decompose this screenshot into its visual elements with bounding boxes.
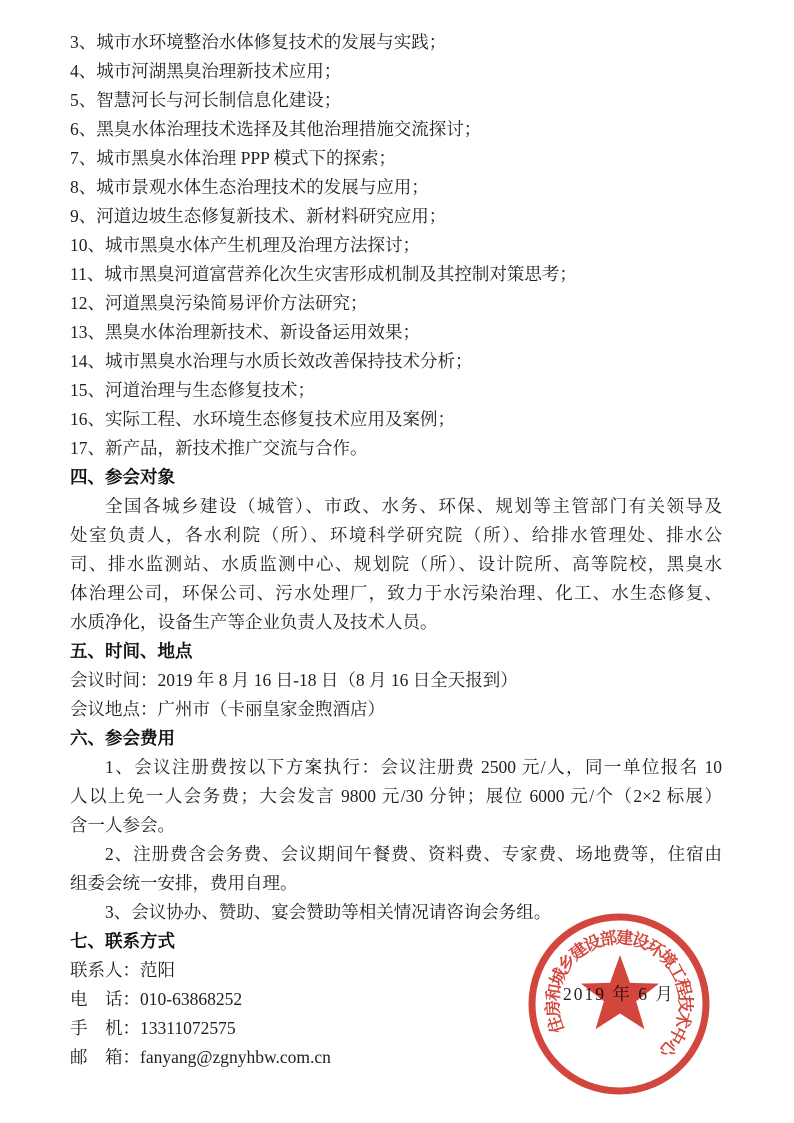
topic-item: 15、河道治理与生态修复技术； bbox=[70, 376, 722, 405]
paragraph-line: 司、排水监测站、水质监测中心、规划院（所）、设计院所、高等院校，黑臭水 bbox=[70, 550, 722, 579]
contact-value: fanyang@zgnyhbw.com.cn bbox=[140, 1047, 331, 1067]
topic-item: 5、智慧河长与河长制信息化建设； bbox=[70, 86, 722, 115]
contact-row: 手 机：13311072575 bbox=[70, 1014, 722, 1043]
paragraph-line: 2、注册费含会务费、会议期间午餐费、资料费、专家费、场地费等，住宿由 bbox=[70, 840, 722, 869]
fees-paragraph-3: 3、会议协办、赞助、宴会赞助等相关情况请咨询会务组。 bbox=[70, 898, 722, 927]
section-heading-participants: 四、参会对象 bbox=[70, 463, 722, 492]
topic-item: 8、城市景观水体生态治理技术的发展与应用； bbox=[70, 173, 722, 202]
paragraph-line: 3、会议协办、赞助、宴会赞助等相关情况请咨询会务组。 bbox=[70, 898, 722, 927]
topic-list: 3、城市水环境整治水体修复技术的发展与实践；4、城市河湖黑臭治理新技术应用；5、… bbox=[70, 28, 722, 463]
issue-date: 2019 年 6 月 bbox=[563, 981, 675, 1006]
section-heading-fees: 六、参会费用 bbox=[70, 724, 722, 753]
contact-label: 电 话： bbox=[70, 989, 140, 1009]
fees-paragraph-2: 2、注册费含会务费、会议期间午餐费、资料费、专家费、场地费等，住宿由组委会统一安… bbox=[70, 840, 722, 898]
contact-row: 邮 箱：fanyang@zgnyhbw.com.cn bbox=[70, 1043, 722, 1072]
paragraph-line: 组委会统一安排，费用自理。 bbox=[70, 869, 722, 898]
contact-value: 范阳 bbox=[140, 960, 175, 980]
paragraph-line: 水质净化，设备生产等企业负责人及技术人员。 bbox=[70, 608, 722, 637]
topic-item: 9、河道边坡生态修复新技术、新材料研究应用； bbox=[70, 202, 722, 231]
contact-label: 手 机： bbox=[70, 1018, 140, 1038]
topic-item: 12、河道黑臭污染简易评价方法研究； bbox=[70, 289, 722, 318]
contact-label: 联系人： bbox=[70, 960, 140, 980]
section-heading-contact: 七、联系方式 bbox=[70, 927, 722, 956]
topic-item: 14、城市黑臭水治理与水质长效改善保持技术分析； bbox=[70, 347, 722, 376]
document-content: 3、城市水环境整治水体修复技术的发展与实践；4、城市河湖黑臭治理新技术应用；5、… bbox=[70, 28, 722, 1072]
paragraph-line: 全国各城乡建设（城管）、市政、水务、环保、规划等主管部门有关领导及 bbox=[70, 492, 722, 521]
topic-item: 7、城市黑臭水体治理 PPP 模式下的探索； bbox=[70, 144, 722, 173]
paragraph-line: 处室负责人，各水利院（所）、环境科学研究院（所）、给排水管理处、排水公 bbox=[70, 521, 722, 550]
topic-item: 6、黑臭水体治理技术选择及其他治理措施交流探讨； bbox=[70, 115, 722, 144]
fees-paragraph-1: 1、会议注册费按以下方案执行：会议注册费 2500 元/人，同一单位报名 10人… bbox=[70, 753, 722, 840]
paragraph-line: 1、会议注册费按以下方案执行：会议注册费 2500 元/人，同一单位报名 10 bbox=[70, 753, 722, 782]
paragraph-line: 体治理公司，环保公司、污水处理厂，致力于水污染治理、化工、水生态修复、 bbox=[70, 579, 722, 608]
topic-item: 4、城市河湖黑臭治理新技术应用； bbox=[70, 57, 722, 86]
topic-item: 13、黑臭水体治理新技术、新设备运用效果； bbox=[70, 318, 722, 347]
paragraph-line: 人以上免一人会务费；大会发言 9800 元/30 分钟；展位 6000 元/个（… bbox=[70, 782, 722, 811]
participants-paragraph: 全国各城乡建设（城管）、市政、水务、环保、规划等主管部门有关领导及处室负责人，各… bbox=[70, 492, 722, 637]
document-page: 3、城市水环境整治水体修复技术的发展与实践；4、城市河湖黑臭治理新技术应用；5、… bbox=[0, 0, 794, 1123]
topic-item: 17、新产品，新技术推广交流与合作。 bbox=[70, 434, 722, 463]
meeting-place-line: 会议地点：广州市（卡丽皇家金煦酒店） bbox=[70, 695, 722, 724]
contact-value: 010-63868252 bbox=[140, 989, 242, 1009]
contact-list: 联系人：范阳 电 话：010-63868252 手 机：13311072575 … bbox=[70, 956, 722, 1072]
contact-value: 13311072575 bbox=[140, 1018, 236, 1038]
topic-item: 16、实际工程、水环境生态修复技术应用及案例； bbox=[70, 405, 722, 434]
topic-item: 3、城市水环境整治水体修复技术的发展与实践； bbox=[70, 28, 722, 57]
contact-label: 邮 箱： bbox=[70, 1047, 140, 1067]
paragraph-line: 含一人参会。 bbox=[70, 811, 722, 840]
topic-item: 10、城市黑臭水体产生机理及治理方法探讨； bbox=[70, 231, 722, 260]
section-heading-time-place: 五、时间、地点 bbox=[70, 637, 722, 666]
topic-item: 11、城市黑臭河道富营养化次生灾害形成机制及其控制对策思考； bbox=[70, 260, 722, 289]
meeting-time-line: 会议时间：2019 年 8 月 16 日-18 日（8 月 16 日全天报到） bbox=[70, 666, 722, 695]
